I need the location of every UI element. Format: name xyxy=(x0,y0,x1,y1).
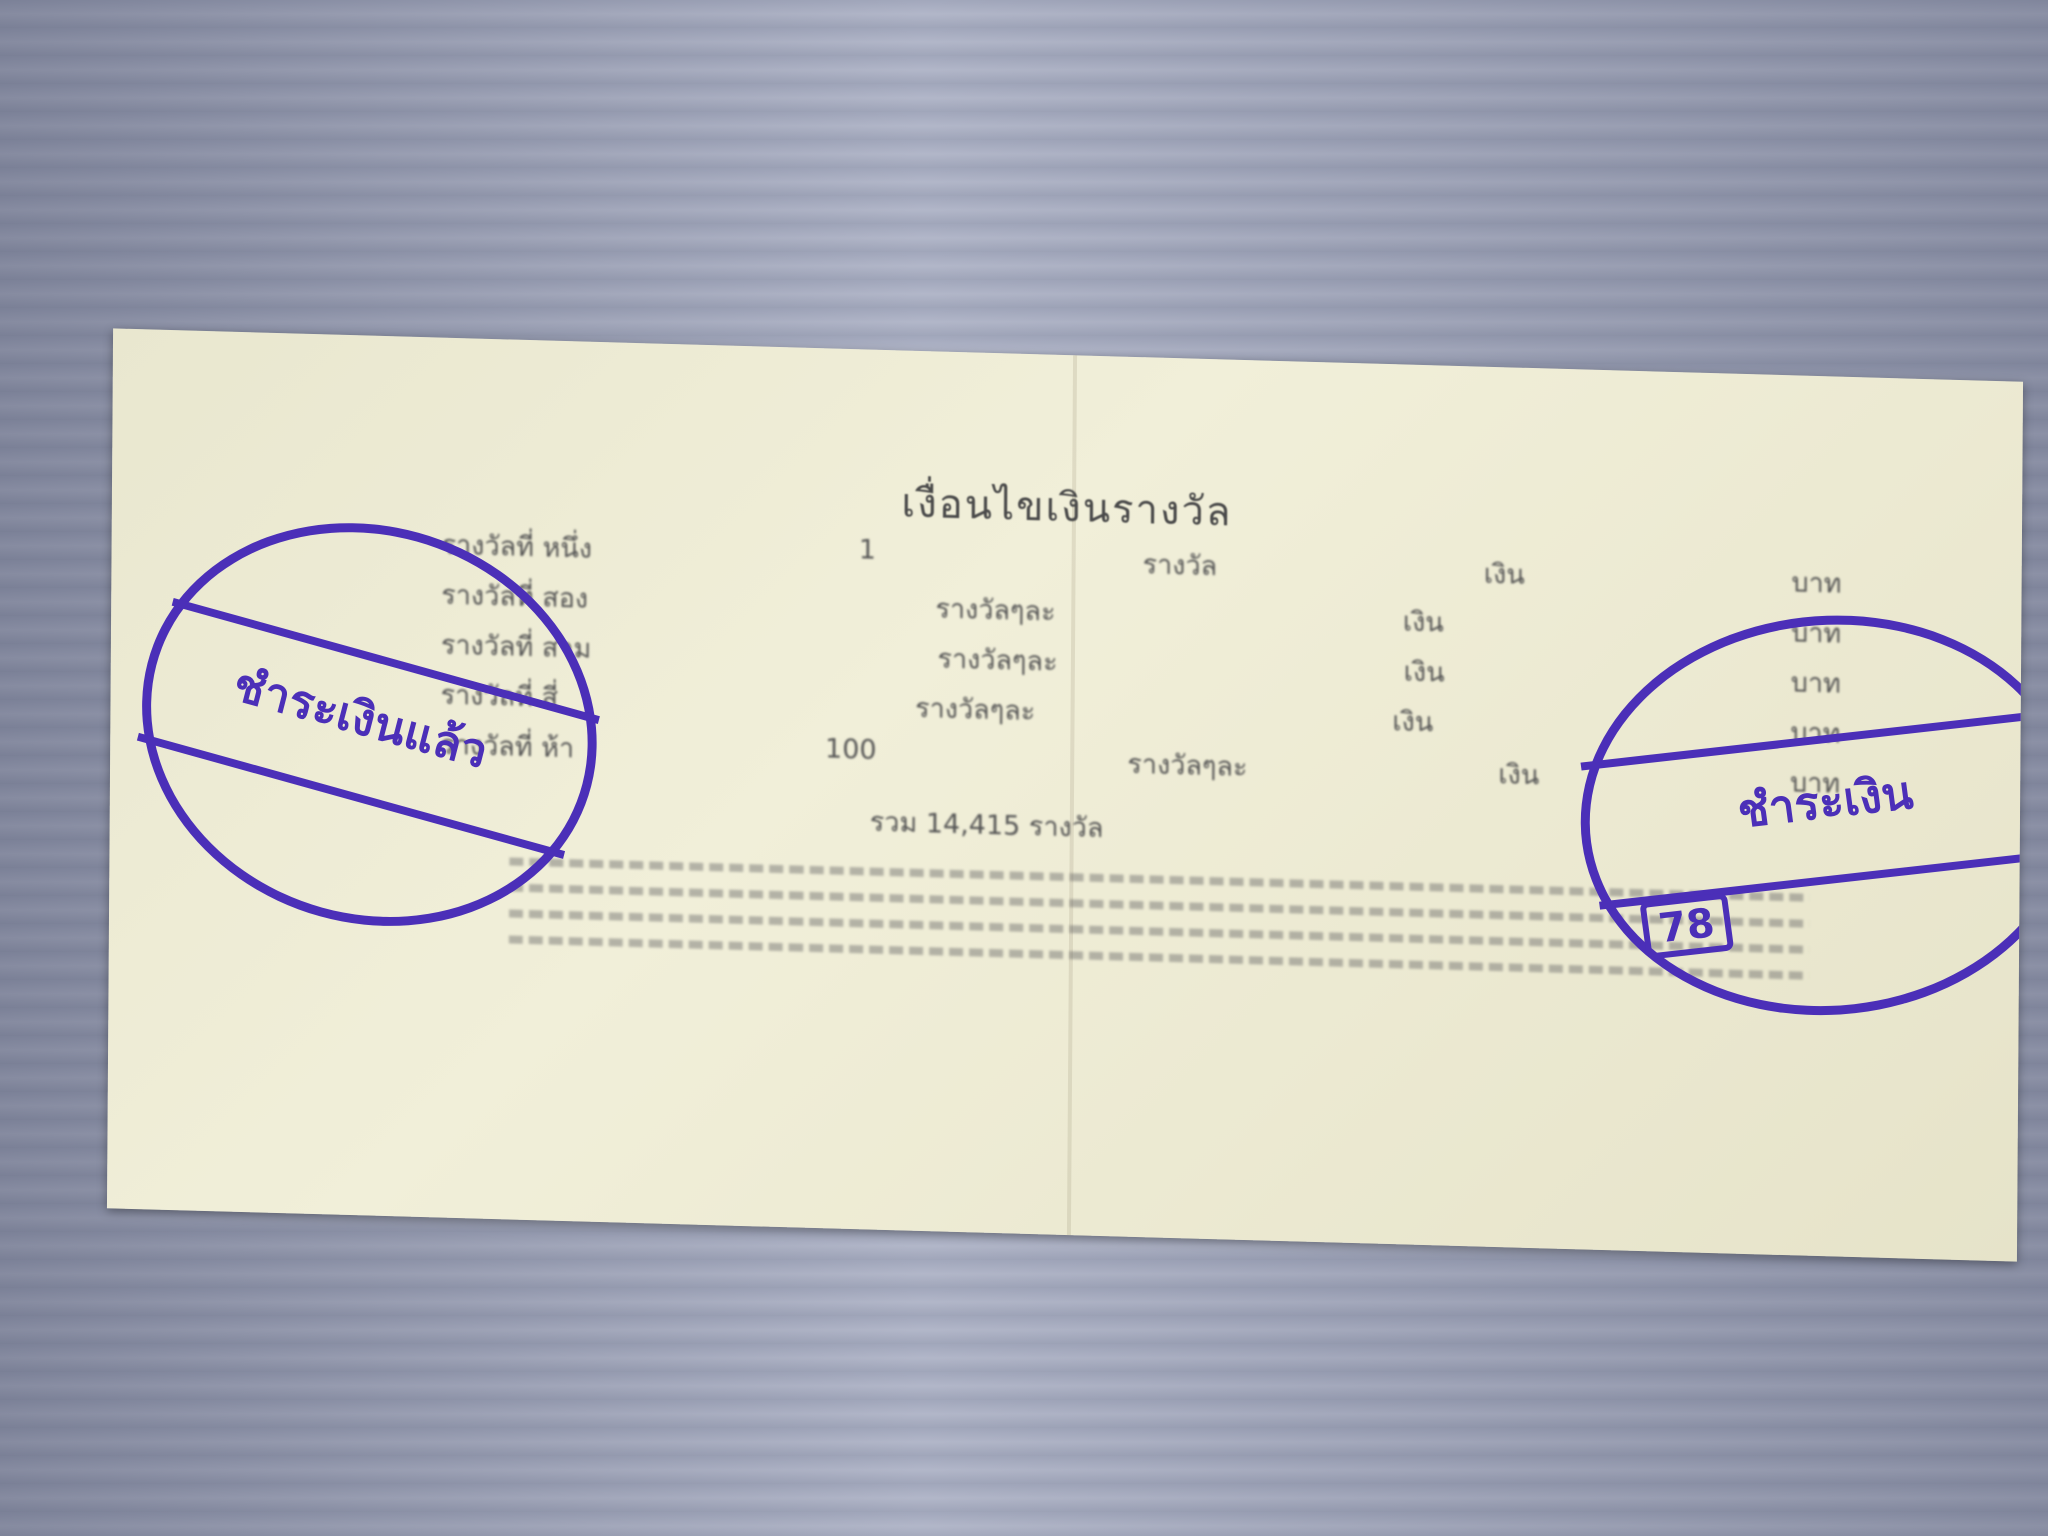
total-line: รวม 14,415 รางวัล xyxy=(870,800,1104,850)
lottery-ticket: เงื่อนไขเงินรางวัล รางวัลที่ หนึ่ง 1 ราง… xyxy=(107,328,2023,1261)
